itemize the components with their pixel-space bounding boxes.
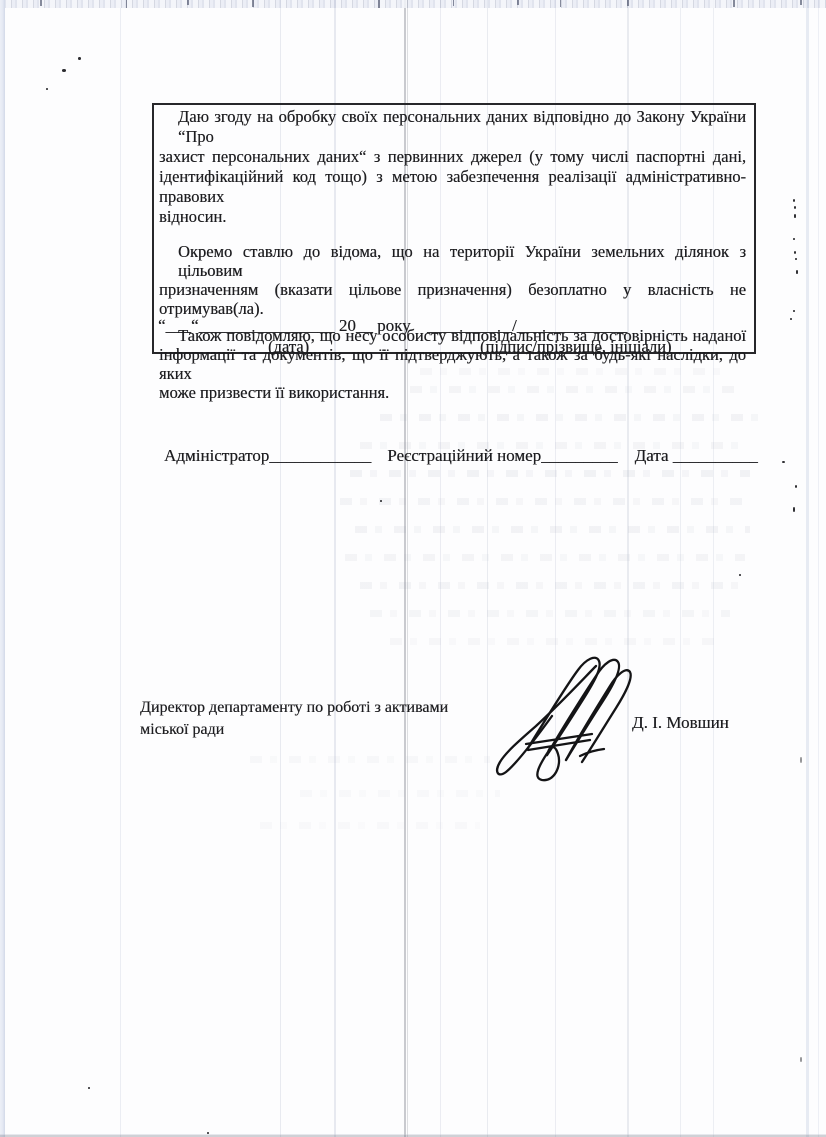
consent-declaration-box: Даю згоду на обробку своїх персональних … [152, 103, 756, 354]
scan-edge-bottom-faint [0, 1134, 826, 1135]
scan-tick [126, 0, 127, 8]
scan-tick [453, 0, 454, 6]
scan-speck [794, 251, 796, 254]
bleedthrough-noise [390, 638, 720, 645]
bleedthrough-noise [345, 554, 745, 561]
scan-speck [795, 258, 797, 260]
scan-tick [627, 0, 629, 6]
scan-edge-top [0, 0, 826, 8]
scan-streak [806, 0, 809, 1137]
paragraph-line: відносин. [159, 207, 746, 227]
scan-tick [378, 0, 380, 8]
scan-speck [739, 574, 741, 576]
scan-tick [252, 0, 254, 7]
paragraph-line: ідентифікаційний код тощо) з метою забез… [159, 167, 746, 207]
bleedthrough-noise [360, 582, 740, 589]
scan-speck [794, 206, 796, 209]
scan-speck [790, 318, 792, 320]
scan-speck [794, 214, 796, 218]
scan-speck [782, 461, 785, 463]
paragraph-line: захист персональних даних“ з первинних д… [159, 147, 746, 167]
administrator-blank: Адміністратор____________ [164, 446, 371, 465]
approver-title-line2: міської ради [140, 719, 448, 741]
signature-blank-line: __________/_____________ [427, 316, 627, 336]
scan-edge-left [0, 0, 5, 1137]
scan-tick [733, 0, 735, 7]
consent-paragraph-1: Даю згоду на обробку своїх персональних … [159, 107, 746, 227]
scanned-document-page: Даю згоду на обробку своїх персональних … [0, 0, 826, 1137]
scan-tick [560, 0, 561, 7]
bleedthrough-noise [370, 610, 730, 617]
scan-speck [793, 507, 795, 512]
scan-speck [380, 500, 382, 502]
scan-speck [793, 199, 795, 202]
scan-speck [800, 757, 802, 763]
approver-title: Директор департаменту по роботі з актива… [140, 697, 448, 741]
scan-speck [62, 69, 66, 72]
bleedthrough-noise [300, 790, 500, 797]
scan-speck [88, 1087, 90, 1089]
signature-caption: (підпис/прізвище, ініціали) [480, 337, 671, 357]
date-blank-line: “___“________________ 20__ року [158, 316, 411, 336]
paragraph-line: може призвести її використання. [159, 383, 746, 402]
scan-tick [187, 0, 189, 5]
scan-speck [795, 485, 797, 488]
paragraph-line: Даю згоду на обробку своїх персональних … [159, 107, 746, 147]
bleedthrough-noise [380, 414, 760, 421]
bleedthrough-noise [260, 822, 480, 829]
paragraph-line: Окремо ставлю до відома, що на території… [159, 242, 746, 280]
bleedthrough-noise [355, 526, 750, 533]
registration-number-blank: Реєстраційний номер_________ [387, 446, 617, 465]
scan-speck [46, 88, 48, 90]
bleedthrough-noise [340, 498, 750, 505]
approver-name: Д. І. Мовшин [632, 712, 729, 734]
admin-registration-row: Адміністратор____________Реєстраційний н… [147, 426, 758, 486]
scan-speck [796, 270, 798, 274]
scan-tick [517, 0, 519, 5]
scan-speck [793, 310, 795, 312]
scan-speck [78, 57, 81, 60]
scan-speck [207, 1132, 209, 1134]
scan-tick [40, 0, 42, 6]
scan-tick [800, 0, 802, 5]
consent-paragraph-2: Окремо ставлю до відома, що на території… [159, 242, 746, 318]
scan-streak [120, 0, 121, 1137]
handwritten-signature-icon [492, 652, 642, 782]
approver-title-line1: Директор департаменту по роботі з актива… [140, 697, 448, 719]
scan-speck [800, 1057, 802, 1062]
bleedthrough-noise [250, 756, 490, 763]
scan-streak [818, 0, 819, 1137]
scan-speck [793, 238, 795, 240]
paragraph-line: призначенням (вказати цільове призначенн… [159, 280, 746, 318]
date-blank: Дата __________ [635, 446, 758, 465]
date-caption: (дата) [268, 337, 309, 357]
